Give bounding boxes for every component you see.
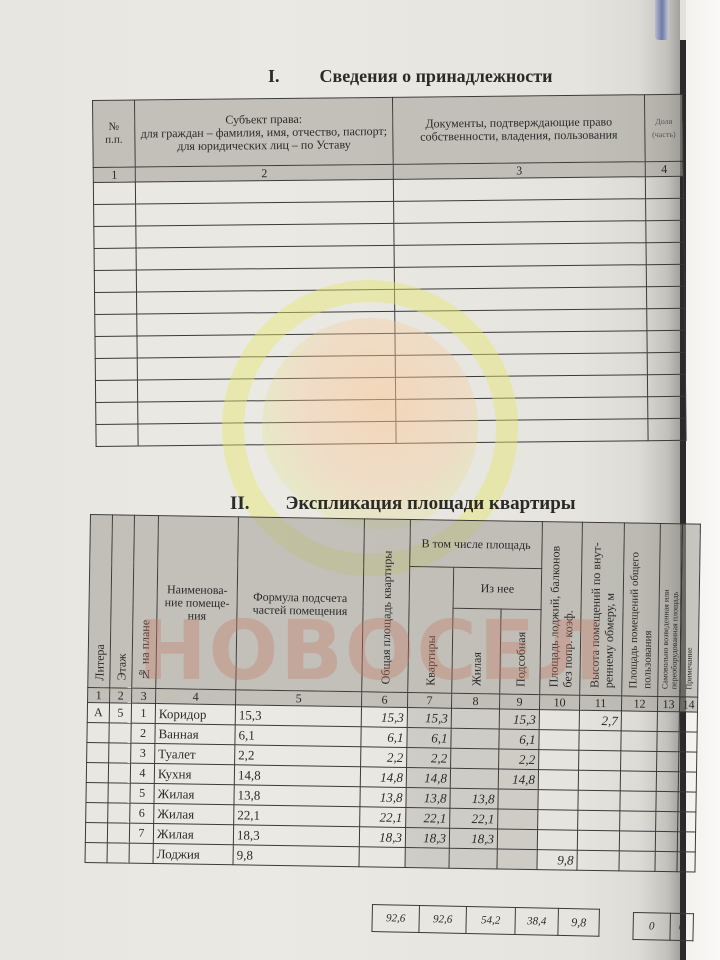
cell-formula: 2,2 xyxy=(235,745,361,767)
ownership-cell xyxy=(95,358,137,380)
ownership-cell xyxy=(96,424,138,446)
cell-apt xyxy=(405,847,449,868)
header-apartments: Квартиры xyxy=(408,567,454,694)
ownership-cell xyxy=(646,286,684,308)
cell-empty xyxy=(620,791,656,812)
cell-formula: 22,1 xyxy=(234,805,360,827)
ownership-cell xyxy=(393,177,645,202)
cell-formula: 13,8 xyxy=(234,785,360,807)
cell-loggia xyxy=(538,790,578,811)
ownership-cell xyxy=(138,421,396,446)
cell-name: Ванная xyxy=(155,724,235,745)
cell-name: Жилая xyxy=(153,824,233,845)
cell-total: 2,2 xyxy=(361,747,407,768)
col-header-documents: Документы, подтверждающие право собствен… xyxy=(392,95,645,165)
cell-height xyxy=(578,790,620,811)
ownership-cell xyxy=(646,220,684,242)
totals-row-right: 0 0 xyxy=(632,912,694,941)
col-number: 2 xyxy=(110,688,132,703)
ownership-cell xyxy=(137,377,395,402)
ownership-cell xyxy=(395,331,647,356)
ownership-cell xyxy=(647,330,685,352)
cell-loggia xyxy=(539,730,579,751)
ownership-cell xyxy=(646,198,684,220)
cell-litera xyxy=(86,782,108,802)
cell-floor xyxy=(108,783,130,803)
cell-living: 22,1 xyxy=(450,808,498,829)
cell-floor xyxy=(107,843,129,863)
cell-no: 7 xyxy=(129,823,153,843)
total-area-sum: 92,6 xyxy=(372,905,420,933)
cell-empty xyxy=(621,731,657,752)
cell-empty xyxy=(657,751,679,771)
col-number: 8 xyxy=(451,693,499,709)
cell-name: Туалет xyxy=(155,744,235,765)
cell-apt: 14,8 xyxy=(406,768,450,789)
cell-apt: 18,3 xyxy=(405,827,449,848)
cell-living xyxy=(449,848,497,869)
cell-apt: 22,1 xyxy=(406,807,450,828)
cell-empty xyxy=(679,732,697,752)
ownership-cell xyxy=(394,265,646,290)
section-2-number: II. xyxy=(230,493,250,515)
ownership-cell xyxy=(94,204,136,226)
cell-no: 5 xyxy=(130,783,154,803)
col-header-number: № п.п. xyxy=(93,100,136,167)
header-unauthorized: Самовольно возведенная или переоборудова… xyxy=(658,523,683,696)
cell-formula: 18,3 xyxy=(233,825,359,847)
col-number: 1 xyxy=(88,687,110,702)
ownership-cell xyxy=(394,199,646,224)
cell-litera: А xyxy=(87,702,109,722)
cell-total: 18,3 xyxy=(359,827,405,848)
header-height: Высота помещений по внут-реннему обмеру,… xyxy=(580,522,625,696)
ownership-cell xyxy=(95,314,137,336)
total-common-sum: 0 xyxy=(633,913,671,941)
explication-table: Литера Этаж № на плане Наименова-ние пом… xyxy=(85,514,701,873)
cell-empty xyxy=(679,712,697,732)
cell-aux: 2,2 xyxy=(499,749,539,770)
header-note: Примечание xyxy=(680,524,701,697)
cell-empty xyxy=(619,851,655,872)
cell-empty xyxy=(621,751,657,772)
header-litera: Литера xyxy=(88,515,113,688)
ownership-cell xyxy=(96,402,138,424)
cell-empty xyxy=(620,771,656,792)
col-number: 13 xyxy=(657,696,679,711)
ownership-cell xyxy=(396,419,648,444)
cell-living xyxy=(451,708,499,729)
cell-aux: 15,3 xyxy=(499,709,539,730)
header-of-it: Из нее xyxy=(453,567,542,609)
col-number: 11 xyxy=(579,695,621,711)
cell-empty xyxy=(677,852,695,872)
cell-name: Коридор xyxy=(155,704,235,725)
cell-name: Жилая xyxy=(154,784,234,805)
ownership-cell xyxy=(648,396,686,418)
cell-loggia xyxy=(537,830,577,851)
cell-total: 22,1 xyxy=(360,807,406,828)
cell-apt: 15,3 xyxy=(407,708,451,729)
cell-loggia xyxy=(538,770,578,791)
col-number: 14 xyxy=(679,697,697,712)
col-header-subject: Субъект права: для граждан – фамилия, им… xyxy=(135,97,394,167)
cell-formula: 14,8 xyxy=(234,765,360,787)
section-1-heading: Сведения о принадлежности xyxy=(320,66,553,86)
cell-aux xyxy=(498,809,538,830)
cell-aux xyxy=(497,829,537,850)
cell-litera xyxy=(85,842,107,862)
ownership-cell xyxy=(94,248,136,270)
ownership-cell xyxy=(394,221,646,246)
section-2-heading: Экспликация площади квартиры xyxy=(286,493,576,514)
cell-total xyxy=(359,847,405,868)
cell-empty xyxy=(656,791,678,811)
cell-litera xyxy=(86,762,108,782)
cell-empty xyxy=(656,771,678,791)
cell-formula: 15,3 xyxy=(235,705,361,727)
header-incl-area: В том числе площадь xyxy=(410,520,543,569)
cell-living xyxy=(451,728,499,749)
cell-empty xyxy=(657,731,679,751)
cell-living: 13,8 xyxy=(450,788,498,809)
ownership-cell xyxy=(95,380,137,402)
cell-living: 18,3 xyxy=(449,828,497,849)
ownership-cell xyxy=(396,397,648,422)
col-header-share: Доля (часть) xyxy=(644,94,683,161)
cell-height xyxy=(578,770,620,791)
cell-litera xyxy=(87,742,109,762)
ownership-cell xyxy=(137,355,395,380)
cell-loggia xyxy=(539,750,579,771)
cell-height xyxy=(577,830,619,851)
col-number: 9 xyxy=(499,694,539,710)
cell-loggia xyxy=(538,810,578,831)
cell-total: 15,3 xyxy=(361,707,407,728)
cell-empty xyxy=(620,811,656,832)
ownership-cell xyxy=(138,399,396,424)
ownership-cell xyxy=(136,223,394,248)
ownership-cell xyxy=(136,267,394,292)
cell-floor xyxy=(108,763,130,783)
ownership-cell xyxy=(395,353,647,378)
col-number: 1 xyxy=(93,167,135,182)
cell-height xyxy=(579,750,621,771)
cell-aux xyxy=(497,849,537,870)
ownership-cell xyxy=(647,308,685,330)
ownership-cell xyxy=(648,418,686,440)
ownership-cell xyxy=(95,336,137,358)
cell-living xyxy=(450,768,498,789)
cell-aux: 14,8 xyxy=(498,769,538,790)
cell-name: Лоджия xyxy=(153,844,233,865)
cell-litera xyxy=(87,722,109,742)
header-common-area: Площадь помещений общего пользования xyxy=(622,523,661,697)
cell-loggia: 9,8 xyxy=(537,850,577,871)
pen-object xyxy=(655,0,669,40)
cell-formula: 9,8 xyxy=(233,845,359,867)
col-number: 10 xyxy=(539,695,579,711)
header-living: Жилая xyxy=(452,608,501,694)
cell-empty xyxy=(678,772,696,792)
cell-apt: 6,1 xyxy=(407,728,451,749)
col-number: 7 xyxy=(407,693,451,709)
cell-name: Кухня xyxy=(154,764,234,785)
header-loggia-area: Площадь лоджий, балконов без попр. коэф. xyxy=(540,522,583,696)
cell-litera xyxy=(85,822,107,842)
section-1-title: I.Сведения о принадлежности xyxy=(268,66,553,87)
totals-row: 92,6 92,6 54,2 38,4 9,8 xyxy=(371,904,600,937)
cell-no: 6 xyxy=(130,803,154,823)
ownership-cell xyxy=(93,182,135,204)
cell-floor xyxy=(109,723,131,743)
ownership-cell xyxy=(646,264,684,286)
ownership-cell xyxy=(137,311,395,336)
total-loggia-sum: 9,8 xyxy=(558,908,600,936)
header-auxiliary: Подсобная xyxy=(500,609,541,695)
cell-empty xyxy=(677,832,695,852)
cell-total: 6,1 xyxy=(361,727,407,748)
cell-no: 1 xyxy=(131,703,155,723)
col-number: 4 xyxy=(156,689,236,705)
header-total-area: Общая площадь квартиры xyxy=(362,519,411,693)
cell-empty xyxy=(621,711,657,732)
ownership-table: № п.п. Субъект права: для граждан – фами… xyxy=(92,94,687,447)
ownership-cell xyxy=(94,226,136,248)
section-2-title: II.Экспликация площади квартиры xyxy=(230,493,576,515)
cell-litera xyxy=(86,802,108,822)
ownership-cell xyxy=(136,245,394,270)
header-floor: Этаж xyxy=(110,515,135,688)
ownership-cell xyxy=(137,333,395,358)
cell-empty xyxy=(656,811,678,831)
ownership-cell xyxy=(394,243,646,268)
cell-loggia xyxy=(539,710,579,731)
cell-no xyxy=(129,843,153,863)
cell-empty xyxy=(678,812,696,832)
cell-no: 4 xyxy=(130,763,154,783)
col-number: 3 xyxy=(132,688,156,703)
cell-aux: 6,1 xyxy=(499,729,539,750)
cell-floor xyxy=(107,823,129,843)
total-living-sum: 54,2 xyxy=(466,906,516,934)
cell-empty xyxy=(679,752,697,772)
cell-total: 14,8 xyxy=(360,767,406,788)
ownership-cell xyxy=(646,242,684,264)
ownership-cell xyxy=(94,270,136,292)
ownership-cell xyxy=(395,309,647,334)
cell-height: 2,7 xyxy=(579,710,621,731)
col-number: 6 xyxy=(362,692,408,708)
cell-empty xyxy=(678,792,696,812)
ownership-cell xyxy=(137,289,395,314)
ownership-cell xyxy=(95,292,137,314)
ownership-cell xyxy=(647,374,685,396)
total-aux-sum: 38,4 xyxy=(515,908,559,936)
cell-empty xyxy=(619,831,655,852)
cell-apt: 13,8 xyxy=(406,788,450,809)
cell-no: 3 xyxy=(131,743,155,763)
cell-living xyxy=(451,748,499,769)
cell-formula: 6,1 xyxy=(235,725,361,747)
header-plan-no: № на плане xyxy=(132,515,159,688)
ownership-cell xyxy=(135,179,393,204)
cell-empty xyxy=(655,831,677,851)
ownership-cell xyxy=(645,176,683,198)
ownership-cell xyxy=(395,375,647,400)
cell-no: 2 xyxy=(131,723,155,743)
total-unauthorized-sum: 0 xyxy=(670,913,694,940)
col-number: 4 xyxy=(645,161,683,176)
ownership-cell xyxy=(136,201,394,226)
cell-aux xyxy=(498,789,538,810)
ownership-cell xyxy=(394,287,646,312)
ownership-cell xyxy=(647,352,685,374)
cell-total: 13,8 xyxy=(360,787,406,808)
cell-height xyxy=(579,730,621,751)
cell-empty xyxy=(655,851,677,871)
cell-name: Жилая xyxy=(154,804,234,825)
header-formula: Формула подсчета частей помещения xyxy=(236,517,365,692)
cell-floor xyxy=(109,743,131,763)
section-1-number: I. xyxy=(268,66,280,87)
col-number: 12 xyxy=(621,696,657,712)
cell-floor xyxy=(108,803,130,823)
cell-apt: 2,2 xyxy=(407,748,451,769)
cell-height xyxy=(577,850,619,871)
cell-empty xyxy=(657,711,679,731)
cell-floor: 5 xyxy=(109,703,131,723)
header-room-name: Наименова-ние помеще-ния xyxy=(156,516,239,690)
total-apt-sum: 92,6 xyxy=(419,905,467,933)
cell-height xyxy=(578,810,620,831)
